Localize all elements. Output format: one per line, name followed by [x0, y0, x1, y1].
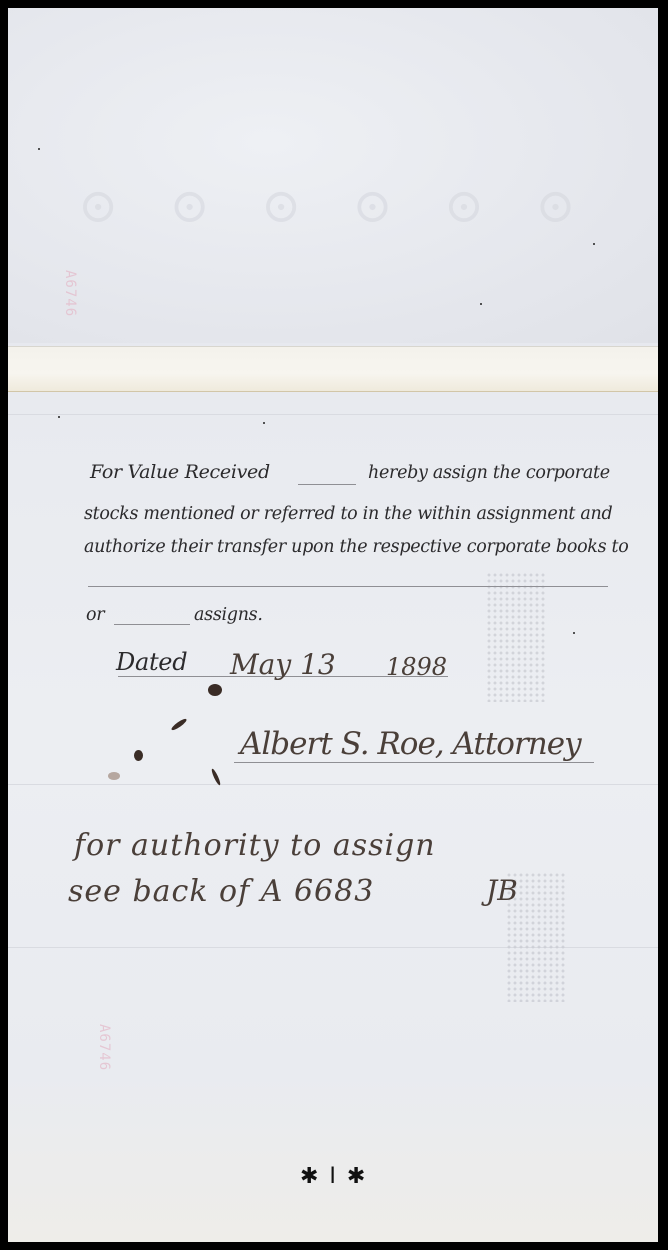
serial-stamp-lower: A6746	[96, 1024, 112, 1071]
show-through-text: ⊙ ⊙ ⊙ ⊙ ⊙ ⊙	[78, 178, 594, 234]
handwritten-date: May 13	[230, 648, 336, 681]
printed-assigns: assigns.	[194, 605, 263, 625]
printed-line-3: authorize their transfer upon the respec…	[84, 537, 629, 557]
upper-panel: ⊙ ⊙ ⊙ ⊙ ⊙ ⊙ A6746	[8, 8, 658, 343]
fold-tape-strip	[8, 346, 658, 393]
certificate-paper: ⊙ ⊙ ⊙ ⊙ ⊙ ⊙ A6746 A6746 For Value Receiv…	[8, 8, 658, 1242]
printed-line-1: hereby assign the corporate	[368, 463, 610, 483]
authority-note-line1: for authority to assign	[74, 828, 436, 863]
signature-line	[234, 762, 594, 763]
attorney-signature: Albert S. Roe, Attorney	[240, 726, 581, 762]
handwritten-initials: JB	[486, 874, 518, 907]
handwritten-year: 1898	[386, 653, 447, 681]
ink-blot	[208, 684, 222, 696]
ink-stain	[108, 772, 120, 780]
printed-line-2: stocks mentioned or referred to in the w…	[84, 504, 612, 524]
authority-note-line2: see back of A 6683	[68, 874, 374, 909]
perforation-pattern-upper	[486, 572, 546, 702]
for-value-received-heading: For Value Received	[90, 461, 270, 483]
printed-or: or	[86, 605, 104, 625]
serial-stamp-upper: A6746	[62, 270, 78, 317]
printed-dated-label: Dated	[116, 648, 187, 676]
perforation-cancel-mark: ✱ I ✱	[300, 1164, 367, 1189]
assignee-blank-line	[88, 586, 608, 587]
assignor-blank-line	[298, 484, 356, 485]
ink-blot	[134, 750, 143, 761]
or-blank-line	[114, 624, 190, 625]
